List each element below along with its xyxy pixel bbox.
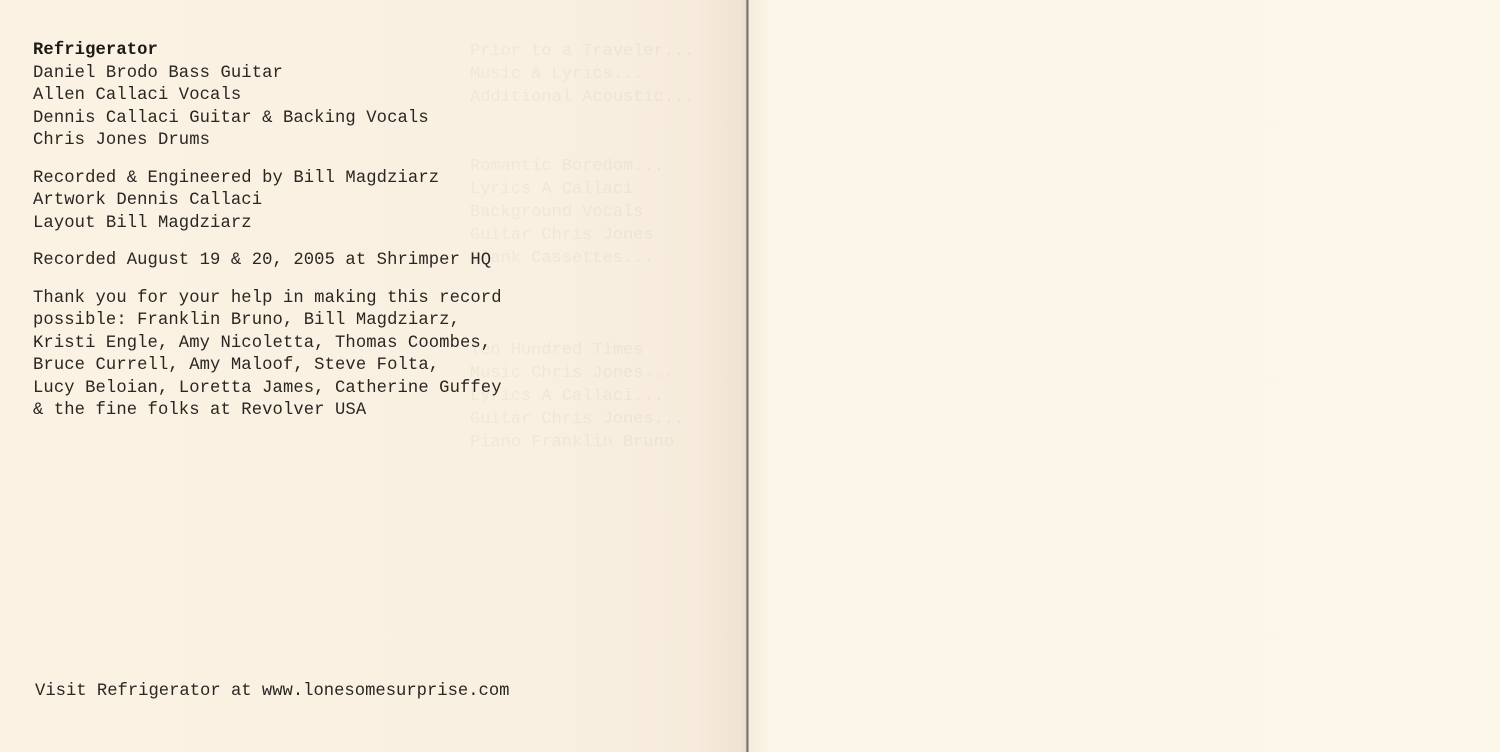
thanks-line: Bruce Currell, Amy Maloof, Steve Folta, <box>33 355 502 378</box>
production-line: Artwork Dennis Callaci <box>33 190 502 213</box>
production-line: Layout Bill Magdziarz <box>33 213 502 236</box>
left-page: Prior to a Traveler... Music & Lyrics...… <box>0 0 748 752</box>
thanks-section: Thank you for your help in making this r… <box>33 288 502 423</box>
thanks-line: Lucy Beloian, Loretta James, Catherine G… <box>33 378 502 401</box>
right-page <box>748 0 1500 752</box>
thanks-line: Kristi Engle, Amy Nicoletta, Thomas Coom… <box>33 333 502 356</box>
thanks-line: & the fine folks at Revolver USA <box>33 400 502 423</box>
credits-text: Refrigerator Daniel Brodo Bass Guitar Al… <box>33 40 502 438</box>
member-line: Chris Jones Drums <box>33 130 502 153</box>
website-footer: Visit Refrigerator at www.lonesomesurpri… <box>35 681 509 703</box>
thanks-line: Thank you for your help in making this r… <box>33 288 502 311</box>
band-lineup: Refrigerator Daniel Brodo Bass Guitar Al… <box>33 40 502 153</box>
website-url: www.lonesomesurprise.com <box>262 682 510 701</box>
recording-date: Recorded August 19 & 20, 2005 at Shrimpe… <box>33 250 502 273</box>
member-line: Allen Callaci Vocals <box>33 85 502 108</box>
production-line: Recorded & Engineered by Bill Magdziarz <box>33 168 502 191</box>
booklet-spread: Prior to a Traveler... Music & Lyrics...… <box>0 0 1500 752</box>
thanks-line: possible: Franklin Bruno, Bill Magdziarz… <box>33 310 502 333</box>
booklet-fold <box>746 0 749 752</box>
show-through-text: Prior to a Traveler... Music & Lyrics...… <box>470 40 694 454</box>
production-credits: Recorded & Engineered by Bill Magdziarz … <box>33 168 502 236</box>
recording-info: Recorded August 19 & 20, 2005 at Shrimpe… <box>33 250 502 273</box>
band-name: Refrigerator <box>33 40 502 63</box>
member-line: Daniel Brodo Bass Guitar <box>33 63 502 86</box>
visit-prefix: Visit Refrigerator at <box>35 682 262 701</box>
member-line: Dennis Callaci Guitar & Backing Vocals <box>33 108 502 131</box>
